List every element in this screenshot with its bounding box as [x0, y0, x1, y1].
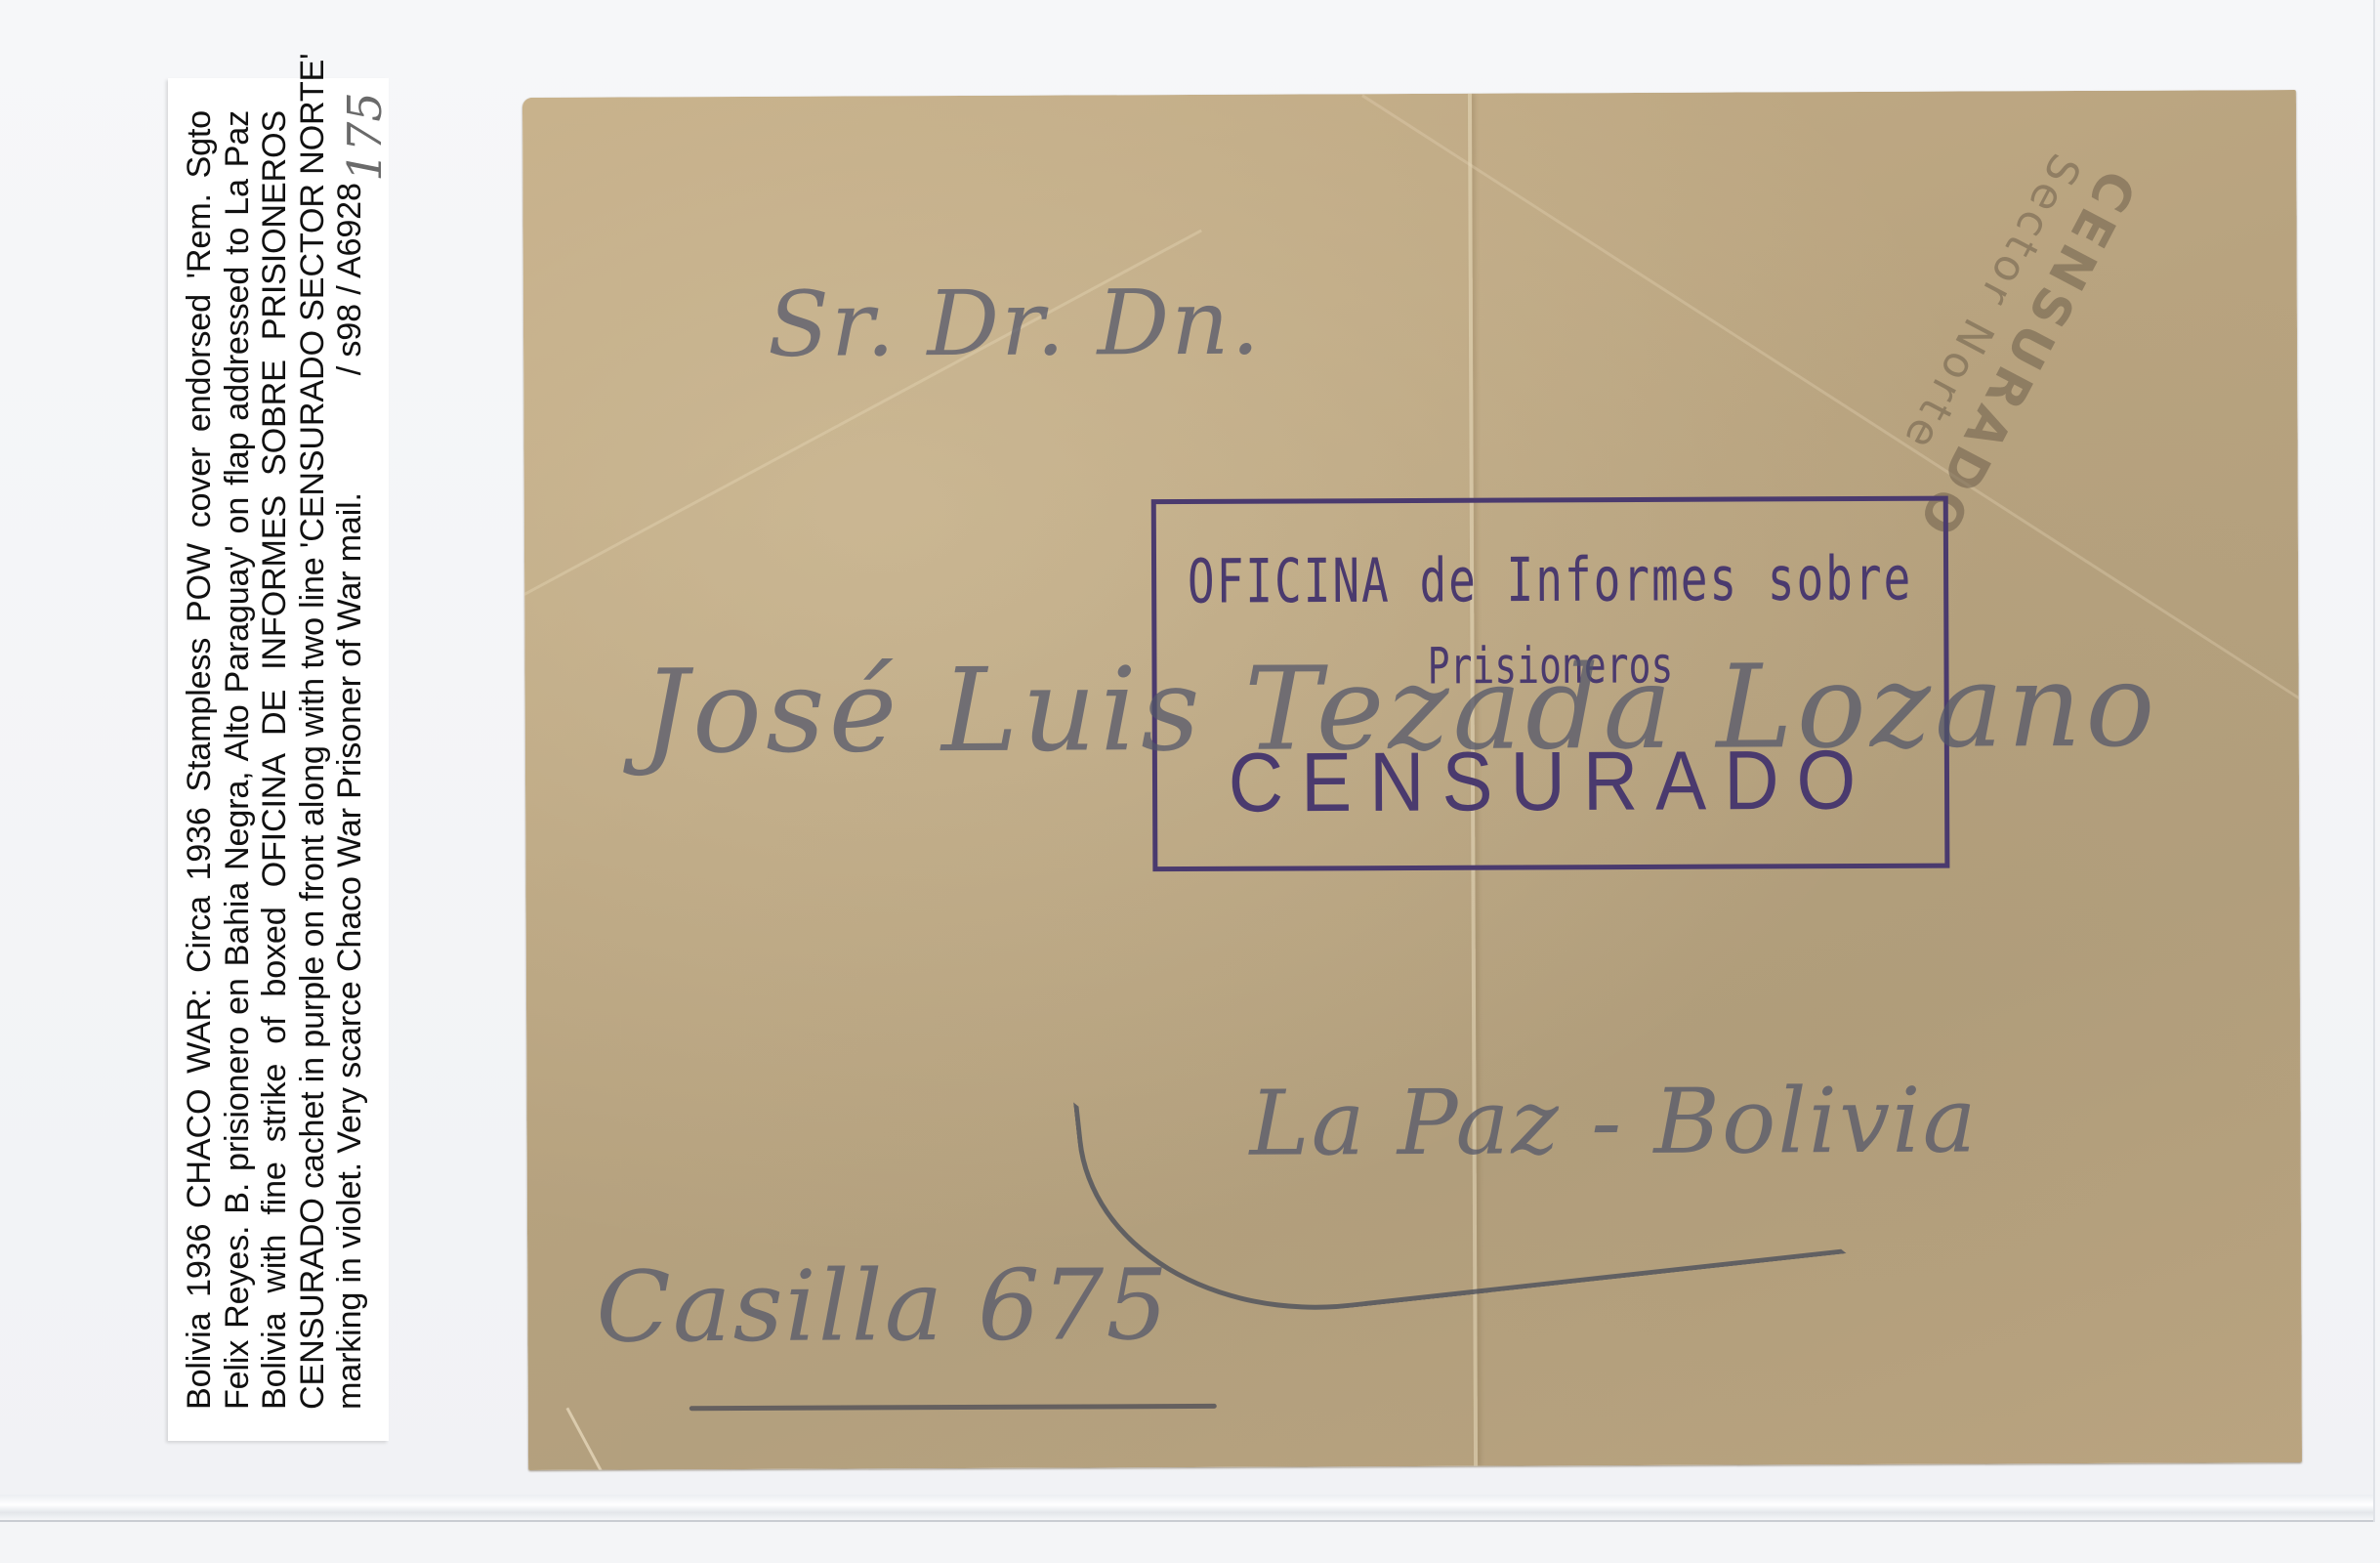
label-line-2: Felix Reyes. B. prisionero en Bahia Negr…: [219, 110, 257, 1410]
crease-line: [565, 1408, 623, 1470]
po-box-underline: [689, 1404, 1217, 1411]
label-line-4: CENSURADO cachet in purple on front alon…: [294, 110, 332, 1410]
addressee-handwriting: José Luis Tezada Lozano: [642, 638, 2158, 780]
description-text: Bolivia 1936 CHACO WAR: Circa 1936 Stamp…: [181, 110, 376, 1410]
censor-sector-norte-marking: CENSURADO Sector Norte: [1879, 133, 2147, 498]
salutation-handwriting: Sr. Dr. Dn.: [768, 271, 1262, 377]
sleeve-bottom-edge: [0, 1495, 2373, 1522]
label-line-5-text: marking in violet. Very scarce Chaco War…: [331, 492, 368, 1410]
label-line-5: marking in violet. Very scarce Chaco War…: [331, 110, 369, 1410]
description-label: Bolivia 1936 CHACO WAR: Circa 1936 Stamp…: [168, 78, 389, 1441]
label-line-1: Bolivia 1936 CHACO WAR: Circa 1936 Stamp…: [181, 110, 219, 1410]
pencil-flourish: [1073, 1021, 1847, 1335]
po-box-handwriting: Casilla 675: [596, 1247, 1170, 1365]
pencil-price-text: 175: [338, 92, 393, 182]
city-handwriting: La Paz - Bolivia: [1249, 1068, 1978, 1175]
envelope-cover: CENSURADO Sector Norte Sr. Dr. Dn. OFICI…: [522, 90, 2302, 1470]
cachet-line-1: OFICINA de Informes sobre: [1156, 542, 1943, 616]
pencil-price-annotation: 175: [342, 59, 389, 215]
label-line-3: Bolivia with fine strike of boxed OFICIN…: [256, 110, 294, 1410]
